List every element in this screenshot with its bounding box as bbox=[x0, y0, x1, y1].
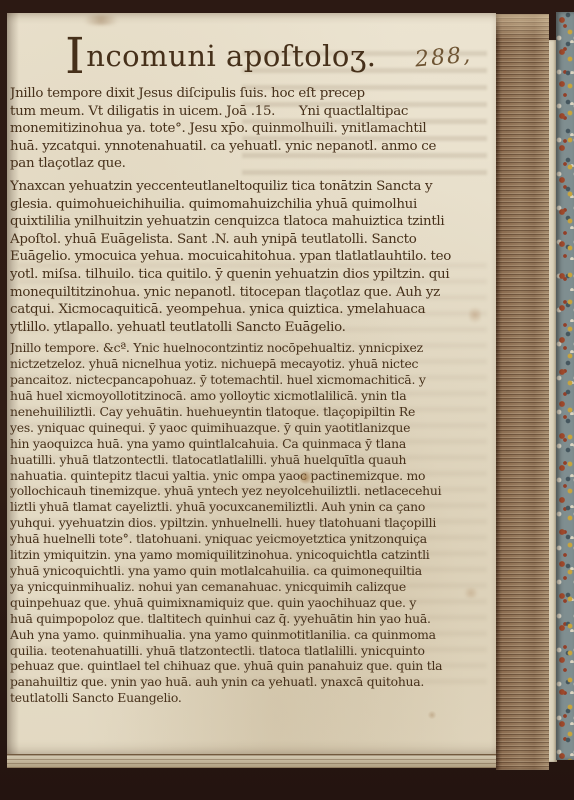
manuscript-line: nenehuililiztli. Cay yehuātin. huehueynt… bbox=[10, 404, 494, 420]
ink-stain bbox=[427, 711, 437, 719]
ink-stain bbox=[77, 15, 125, 25]
book-fore-edge bbox=[496, 14, 549, 770]
manuscript-line: quixtililia ynilhuitzin yehuatzin cenqui… bbox=[10, 213, 494, 231]
title-text: ncomuni apoſtoloʒ. bbox=[86, 39, 376, 73]
manuscript-line: yhuā huelnelli tote°. tlatohuani. yniqua… bbox=[10, 531, 494, 547]
manuscript-line: yes. yniquac quinequi. ȳ yaoc quimihuazq… bbox=[10, 420, 494, 436]
manuscript-line: catqui. Xicmocaquiticā. yeompehua. ynica… bbox=[10, 301, 494, 319]
text-block: Jnillo tempore dixit Jesus diſcipulis ſu… bbox=[10, 85, 494, 706]
manuscript-line: teutlatolli Sancto Euangelio. bbox=[10, 690, 494, 706]
page-title: Incomuni apoſtoloʒ. bbox=[65, 39, 376, 73]
photograph-background: Incomuni apoſtoloʒ. 288, Jnillo tempore … bbox=[0, 0, 574, 800]
manuscript-line: liztli yhuā tlamat cayeliztli. yhuā yocu… bbox=[10, 499, 494, 515]
manuscript-line: Auh yna yamo. quinmihualia. yna yamo qui… bbox=[10, 627, 494, 643]
manuscript-line: litzin ymiquitzin. yna yamo momiquilitzi… bbox=[10, 547, 494, 563]
manuscript-line: pancaitoz. nictecpancapohuaz. ȳ totemach… bbox=[10, 372, 494, 388]
manuscript-line: Apoſtol. yhuā Euāgelista. Sant .N. auh y… bbox=[10, 231, 494, 249]
manuscript-line: Jnillo tempore dixit Jesus diſcipulis ſu… bbox=[10, 85, 494, 103]
marbled-endpaper bbox=[556, 12, 574, 760]
manuscript-line: ytlillo. ytlapallo. yehuatl teutlatolli … bbox=[10, 319, 494, 337]
manuscript-line: pan tlaçotlaz que. bbox=[10, 155, 494, 173]
title-initial: I bbox=[65, 27, 85, 85]
manuscript-line: hin yaoquizca huā. yna yamo quintlalcahu… bbox=[10, 436, 494, 452]
paragraph-incipit: Jnillo tempore dixit Jesus diſcipulis ſu… bbox=[10, 85, 494, 173]
manuscript-line: ya ynicquinmihualiz. nohui yan cemanahua… bbox=[10, 579, 494, 595]
manuscript-line: yuhqui. yyehuatzin dios. ypiltzin. ynhue… bbox=[10, 515, 494, 531]
manuscript-line: nahuatia. quintepitz tlacui yaltia. ynic… bbox=[10, 468, 494, 484]
folio-number: 288, bbox=[414, 43, 473, 73]
manuscript-line: monequiltitzinohua. ynic nepanotl. titoc… bbox=[10, 284, 494, 302]
manuscript-line: quilia. teotenahuatilli. yhuā tlatzontec… bbox=[10, 643, 494, 659]
manuscript-line: huā quimpopoloz que. tlaltitech quinhui … bbox=[10, 611, 494, 627]
manuscript-page: Incomuni apoſtoloʒ. 288, Jnillo tempore … bbox=[7, 13, 496, 754]
paragraph-exordium: Ynaxcan yehuatzin yeccenteutlaneltoquili… bbox=[10, 178, 494, 336]
manuscript-line: huā. yzcatqui. ynnotenahuatil. ca yehuat… bbox=[10, 138, 494, 156]
manuscript-line: nictzetzeloz. yhuā nicnelhua yotiz. nich… bbox=[10, 356, 494, 372]
manuscript-line: glesia. quimohueichihuilia. quimomahuizc… bbox=[10, 196, 494, 214]
manuscript-line: quinpehuaz que. yhuā quimixnamiquiz que.… bbox=[10, 595, 494, 611]
manuscript-line: Euāgelio. ymocuica yehua. mocuicahitohua… bbox=[10, 248, 494, 266]
manuscript-line: yollochicauh tinemizque. yhuā yntech yez… bbox=[10, 483, 494, 499]
paragraph-sermon: Jnillo tempore. &cª. Ynic huelnocontzint… bbox=[10, 340, 494, 706]
manuscript-line: monemitizinohua ya. tote°. Jesu xp̄o. qu… bbox=[10, 120, 494, 138]
manuscript-line: yhuā ynicoquichtli. yna yamo quin motlal… bbox=[10, 563, 494, 579]
manuscript-line: huā huel xicmoyollotitzinocā. amo yolloy… bbox=[10, 388, 494, 404]
manuscript-line: pehuaz que. quintlael tel chihuaz que. y… bbox=[10, 658, 494, 674]
manuscript-line: tum meum. Vt diligatis in uicem. Joā .15… bbox=[10, 103, 494, 121]
bottom-page-edges bbox=[7, 754, 496, 768]
manuscript-line: panahuiltiz que. ynin yao huā. auh ynin … bbox=[10, 674, 494, 690]
manuscript-line: yotl. miſsa. tilhuilo. tica quitilo. ȳ q… bbox=[10, 266, 494, 284]
manuscript-line: Jnillo tempore. &cª. Ynic huelnocontzint… bbox=[10, 340, 494, 356]
manuscript-line: huatilli. yhuā tlatzontectli. tlatocatla… bbox=[10, 452, 494, 468]
manuscript-line: Ynaxcan yehuatzin yeccenteutlaneltoquili… bbox=[10, 178, 494, 196]
